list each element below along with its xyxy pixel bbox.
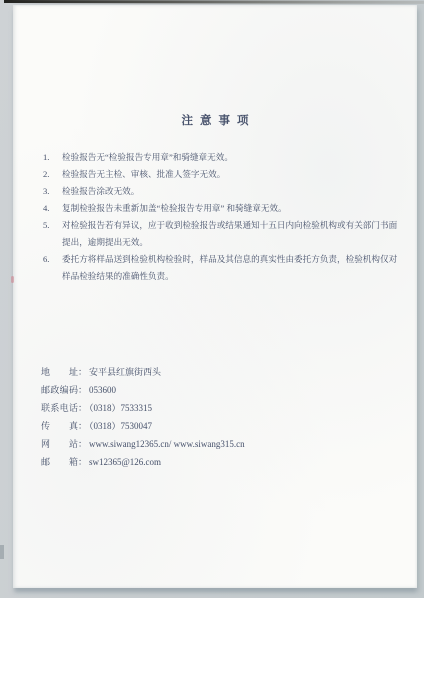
contact-colon: ： (78, 385, 87, 395)
contact-label: 传真 (41, 417, 78, 435)
page-top-edge-shadow (4, 0, 424, 4)
notice-text: 检验报告无“检验报告专用章”和骑缝章无效。 (62, 149, 405, 166)
notice-list: 1. 检验报告无“检验报告专用章”和骑缝章无效。 2. 检验报告无主检、审核、批… (43, 149, 405, 285)
notice-text: 复制检验报告未重新加盖“检验报告专用章” 和骑缝章无效。 (62, 200, 405, 217)
contact-value: www.siwang12365.cn/ www.siwang315.cn (89, 439, 245, 449)
contact-value: （0318）7530047 (89, 421, 152, 431)
scanned-photo: 注意事项 1. 检验报告无“检验报告专用章”和骑缝章无效。 2. 检验报告无主检… (0, 0, 424, 598)
notice-item: 3. 检验报告涂改无效。 (43, 183, 405, 200)
contact-row-phone: 联系电话：（0318）7533315 (41, 399, 245, 417)
contact-label: 网站 (41, 435, 78, 453)
notice-item: 2. 检验报告无主检、审核、批准人签字无效。 (43, 166, 405, 183)
notice-text: 检验报告无主检、审核、批准人签字无效。 (62, 166, 405, 183)
notice-item: 1. 检验报告无“检验报告专用章”和骑缝章无效。 (43, 149, 405, 166)
contact-colon: ： (78, 367, 87, 377)
notice-text: 对检验报告若有异议，应于收到检验报告或结果通知十五日内向检验机构或有关部门书面提… (62, 217, 405, 251)
notice-number: 4. (43, 200, 62, 217)
notice-number: 3. (43, 183, 62, 200)
contact-colon: ： (78, 457, 87, 467)
paper-page: 注意事项 1. 检验报告无“检验报告专用章”和骑缝章无效。 2. 检验报告无主检… (13, 5, 417, 588)
edge-smudge (11, 276, 14, 283)
contact-value: sw12365@126.com (89, 457, 161, 467)
contact-value: 053600 (89, 385, 116, 395)
edge-notch (0, 545, 4, 559)
notice-item: 5. 对检验报告若有异议，应于收到检验报告或结果通知十五日内向检验机构或有关部门… (43, 217, 405, 251)
contact-row-address: 地址：安平县红旗街西头 (41, 363, 245, 381)
contact-row-website: 网站：www.siwang12365.cn/ www.siwang315.cn (41, 435, 245, 453)
notice-item: 6. 委托方将样品送到检验机构检验时，样品及其信息的真实性由委托方负责，检验机构… (43, 251, 405, 285)
notice-number: 5. (43, 217, 62, 251)
contact-label: 联系电话 (41, 399, 78, 417)
page-title: 注意事项 (13, 112, 417, 128)
notice-text: 检验报告涂改无效。 (62, 183, 405, 200)
contact-label: 地址 (41, 363, 78, 381)
contact-value: （0318）7533315 (89, 403, 152, 413)
contact-colon: ： (78, 403, 87, 413)
contact-label: 邮政编码 (41, 381, 78, 399)
notice-number: 2. (43, 166, 62, 183)
notice-number: 1. (43, 149, 62, 166)
contact-value: 安平县红旗街西头 (89, 367, 161, 377)
notice-item: 4. 复制检验报告未重新加盖“检验报告专用章” 和骑缝章无效。 (43, 200, 405, 217)
contact-colon: ： (78, 439, 87, 449)
notice-text: 委托方将样品送到检验机构检验时，样品及其信息的真实性由委托方负责，检验机构仅对样… (62, 251, 405, 285)
notice-number: 6. (43, 251, 62, 285)
contact-row-postcode: 邮政编码：053600 (41, 381, 245, 399)
contact-block: 地址：安平县红旗街西头 邮政编码：053600 联系电话：（0318）75333… (41, 363, 245, 471)
contact-row-fax: 传真：（0318）7530047 (41, 417, 245, 435)
contact-row-email: 邮箱：sw12365@126.com (41, 453, 245, 471)
contact-label: 邮箱 (41, 453, 78, 471)
contact-colon: ： (78, 421, 87, 431)
